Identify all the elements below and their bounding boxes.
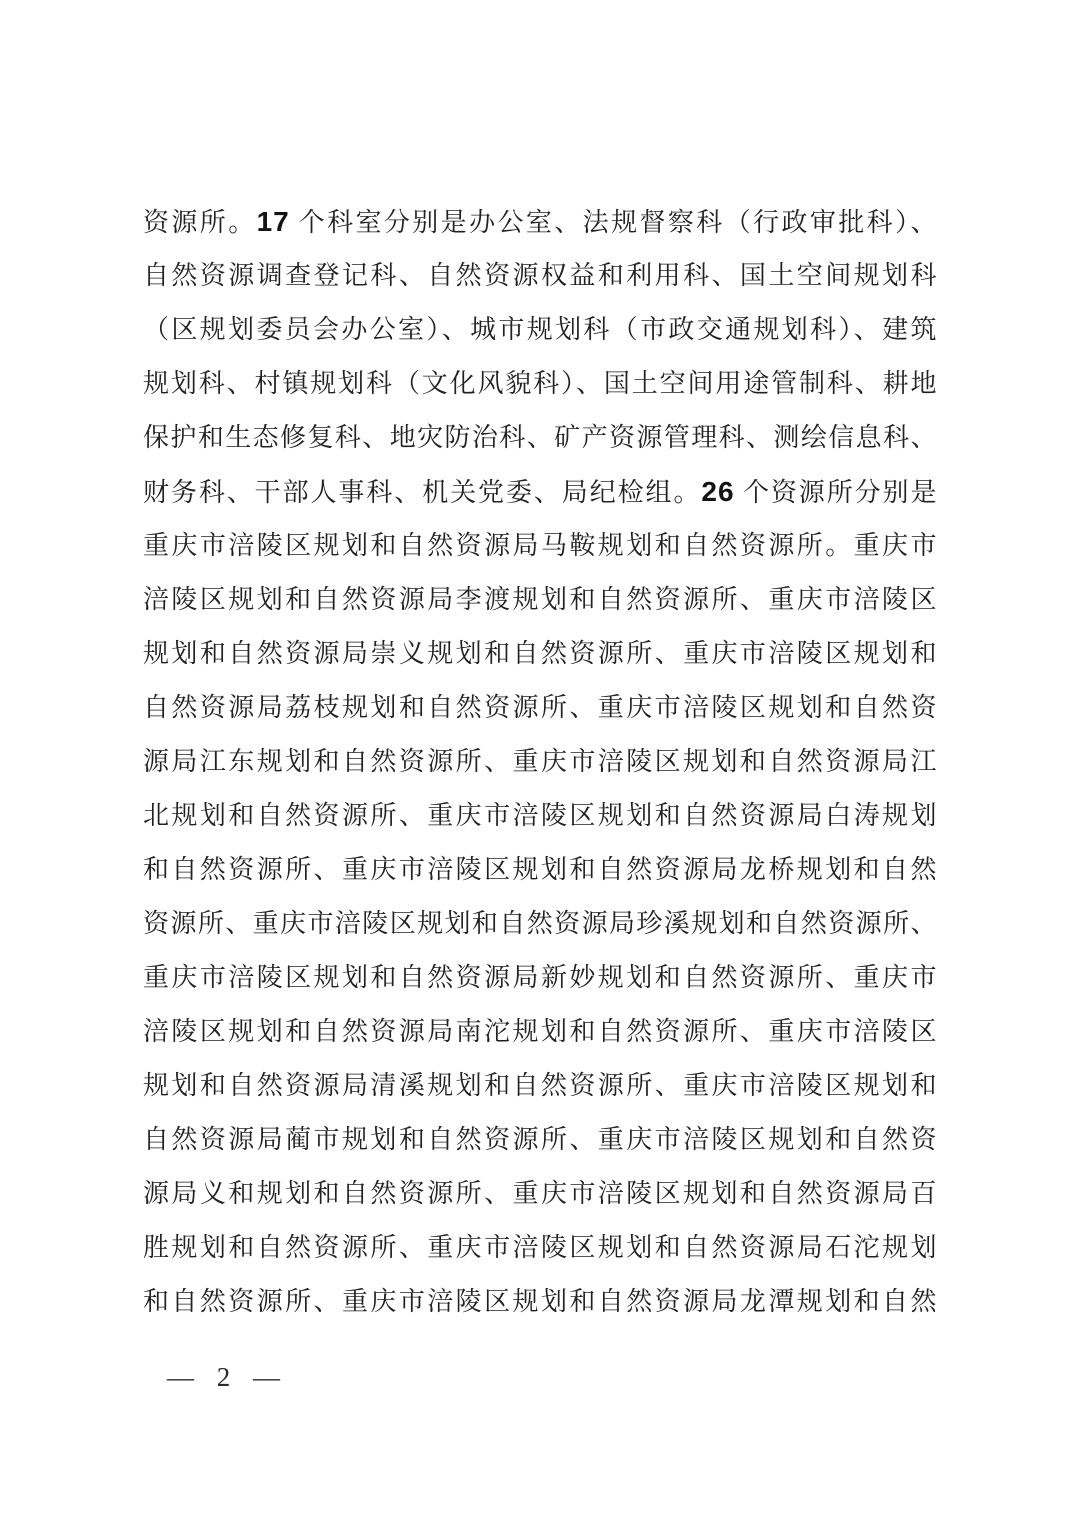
text-line: 规划科、村镇规划科（文化风貌科）、国土空间用途管制科、耕地: [143, 357, 937, 411]
text-segment: 源局义和规划和自然资源所、重庆市涪陵区规划和自然资源局百: [143, 1179, 937, 1208]
text-line: 保护和生态修复科、地灾防治科、矿产资源管理科、测绘信息科、: [143, 411, 937, 465]
text-segment: 重庆市涪陵区规划和自然资源局马鞍规划和自然资源所。重庆市: [143, 531, 937, 560]
page-footer: — 2 —: [167, 1357, 281, 1397]
text-segment: 财务科、干部人事科、机关党委、局纪检组。: [143, 478, 701, 507]
text-segment: 自然资源局荔枝规划和自然资源所、重庆市涪陵区规划和自然资: [143, 693, 937, 722]
document-page: 资源所。17 个科室分别是办公室、法规督察科（行政审批科）、 自然资源调查登记科…: [0, 0, 1074, 1520]
text-line: 资源所。17 个科室分别是办公室、法规督察科（行政审批科）、: [143, 195, 937, 249]
document-body: 资源所。17 个科室分别是办公室、法规督察科（行政审批科）、 自然资源调查登记科…: [143, 195, 937, 1329]
text-line: 规划和自然资源局清溪规划和自然资源所、重庆市涪陵区规划和: [143, 1059, 937, 1113]
text-segment: 北规划和自然资源所、重庆市涪陵区规划和自然资源局白涛规划: [143, 801, 937, 830]
text-line: 源局江东规划和自然资源所、重庆市涪陵区规划和自然资源局江: [143, 735, 937, 789]
text-line: 规划和自然资源局崇义规划和自然资源所、重庆市涪陵区规划和: [143, 627, 937, 681]
text-segment: 个资源所分别是: [735, 478, 937, 507]
text-segment: 自然资源局蔺市规划和自然资源所、重庆市涪陵区规划和自然资: [143, 1125, 937, 1154]
text-segment: 个科室分别是办公室、法规督察科（行政审批科）、: [290, 208, 937, 237]
page-number: — 2 —: [167, 1362, 281, 1392]
text-segment: （区规划委员会办公室）、城市规划科（市政交通规划科）、建筑: [143, 315, 937, 344]
text-line: 自然资源局荔枝规划和自然资源所、重庆市涪陵区规划和自然资: [143, 681, 937, 735]
text-segment: 规划和自然资源局崇义规划和自然资源所、重庆市涪陵区规划和: [143, 639, 937, 668]
text-line: 北规划和自然资源所、重庆市涪陵区规划和自然资源局白涛规划: [143, 789, 937, 843]
text-line: 资源所、重庆市涪陵区规划和自然资源局珍溪规划和自然资源所、: [143, 897, 937, 951]
text-segment: 资源所、重庆市涪陵区规划和自然资源局珍溪规划和自然资源所、: [143, 909, 937, 938]
section-count-number: 17: [257, 206, 290, 237]
text-segment: 资源所。: [143, 208, 257, 237]
text-segment: 规划和自然资源局清溪规划和自然资源所、重庆市涪陵区规划和: [143, 1071, 937, 1100]
text-segment: 保护和生态修复科、地灾防治科、矿产资源管理科、测绘信息科、: [143, 423, 937, 452]
text-segment: 源局江东规划和自然资源所、重庆市涪陵区规划和自然资源局江: [143, 747, 937, 776]
text-line: 和自然资源所、重庆市涪陵区规划和自然资源局龙桥规划和自然: [143, 843, 937, 897]
text-line: 源局义和规划和自然资源所、重庆市涪陵区规划和自然资源局百: [143, 1167, 937, 1221]
text-segment: 涪陵区规划和自然资源局南沱规划和自然资源所、重庆市涪陵区: [143, 1017, 937, 1046]
text-segment: 涪陵区规划和自然资源局李渡规划和自然资源所、重庆市涪陵区: [143, 585, 937, 614]
text-line: 财务科、干部人事科、机关党委、局纪检组。26 个资源所分别是: [143, 465, 937, 519]
text-segment: 和自然资源所、重庆市涪陵区规划和自然资源局龙桥规划和自然: [143, 855, 937, 884]
text-line: 自然资源调查登记科、自然资源权益和利用科、国土空间规划科: [143, 249, 937, 303]
text-line: 重庆市涪陵区规划和自然资源局马鞍规划和自然资源所。重庆市: [143, 519, 937, 573]
text-line: 重庆市涪陵区规划和自然资源局新妙规划和自然资源所、重庆市: [143, 951, 937, 1005]
station-count-number: 26: [701, 476, 734, 507]
text-line: 涪陵区规划和自然资源局李渡规划和自然资源所、重庆市涪陵区: [143, 573, 937, 627]
text-line: （区规划委员会办公室）、城市规划科（市政交通规划科）、建筑: [143, 303, 937, 357]
text-line: 自然资源局蔺市规划和自然资源所、重庆市涪陵区规划和自然资: [143, 1113, 937, 1167]
text-line: 涪陵区规划和自然资源局南沱规划和自然资源所、重庆市涪陵区: [143, 1005, 937, 1059]
text-line: 胜规划和自然资源所、重庆市涪陵区规划和自然资源局石沱规划: [143, 1221, 937, 1275]
text-segment: 规划科、村镇规划科（文化风貌科）、国土空间用途管制科、耕地: [143, 369, 937, 398]
text-segment: 重庆市涪陵区规划和自然资源局新妙规划和自然资源所、重庆市: [143, 963, 937, 992]
text-segment: 胜规划和自然资源所、重庆市涪陵区规划和自然资源局石沱规划: [143, 1233, 937, 1262]
text-line: 和自然资源所、重庆市涪陵区规划和自然资源局龙潭规划和自然: [143, 1275, 937, 1329]
text-segment: 和自然资源所、重庆市涪陵区规划和自然资源局龙潭规划和自然: [143, 1287, 937, 1316]
text-segment: 自然资源调查登记科、自然资源权益和利用科、国土空间规划科: [143, 261, 937, 290]
